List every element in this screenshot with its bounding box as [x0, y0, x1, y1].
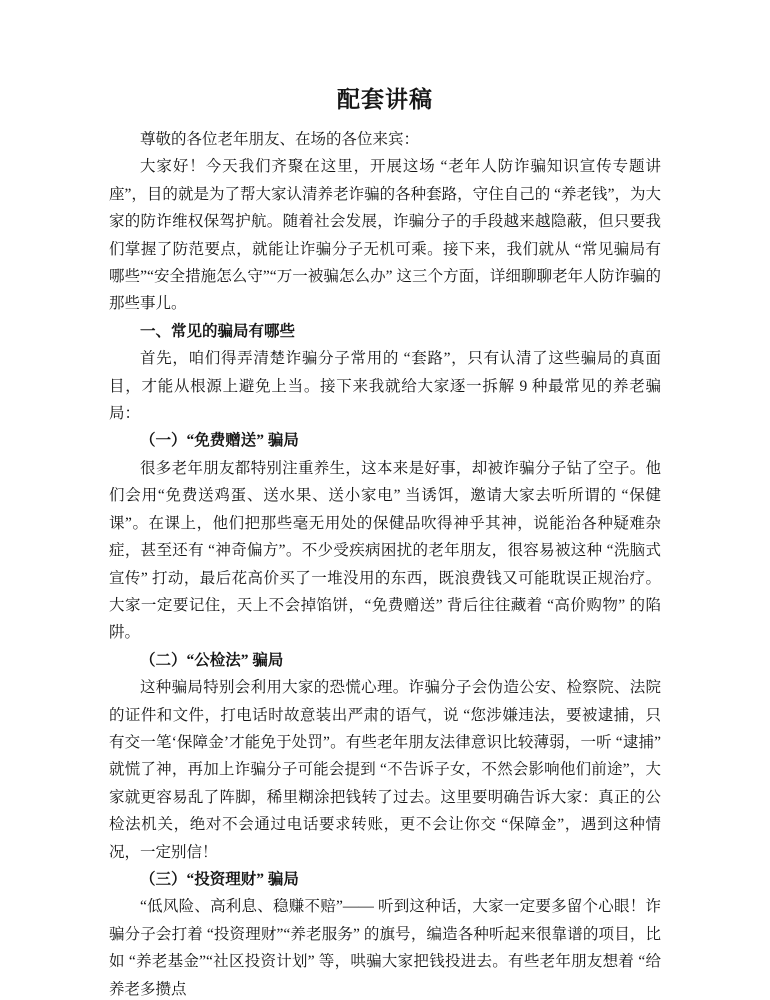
subsection-heading-police-impersonation-scam: （二）“公检法” 骗局 [109, 647, 661, 674]
subsection-heading-free-gift-scam: （一）“免费赠送” 骗局 [109, 427, 661, 454]
intro-paragraph: 大家好！今天我们齐聚在这里，开展这场 “老年人防诈骗知识宣传专题讲座”，目的就是… [109, 153, 661, 317]
document-title: 配套讲稿 [109, 84, 661, 116]
section-intro-paragraph: 首先，咱们得弄清楚诈骗分子常用的 “套路”，只有认清了这些骗局的真面目，才能从根… [109, 345, 661, 427]
free-gift-scam-paragraph: 很多老年朋友都特别注重养生，这本来是好事，却被诈骗分子钻了空子。他们会用“免费送… [109, 455, 661, 647]
subsection-heading-investment-scam: （三）“投资理财” 骗局 [109, 866, 661, 893]
investment-scam-paragraph: “低风险、高利息、稳赚不赔”—— 听到这种话，大家一定要多留个心眼！诈骗分子会打… [109, 893, 661, 1000]
police-impersonation-scam-paragraph: 这种骗局特别会利用大家的恐慌心理。诈骗分子会伪造公安、检察院、法院的证件和文件，… [109, 674, 661, 866]
document-page: 配套讲稿 尊敬的各位老年朋友、在场的各位来宾： 大家好！今天我们齐聚在这里，开展… [0, 0, 770, 1000]
section-heading-common-scams: 一、常见的骗局有哪些 [109, 318, 661, 345]
salutation-line: 尊敬的各位老年朋友、在场的各位来宾： [109, 126, 661, 153]
